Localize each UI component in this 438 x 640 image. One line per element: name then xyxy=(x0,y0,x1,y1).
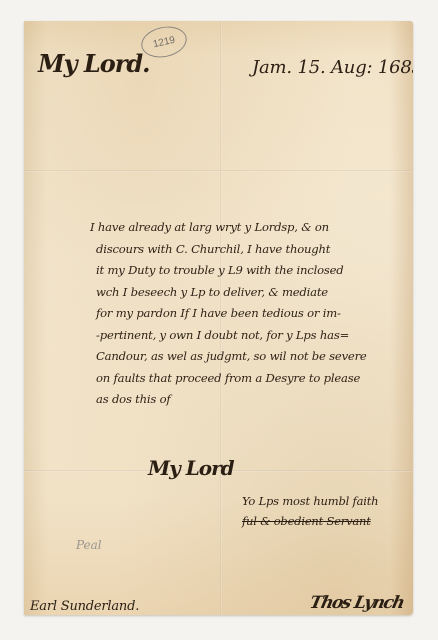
closing-salutation: My Lord xyxy=(148,456,234,480)
archive-number: 1219 xyxy=(152,34,176,49)
body-line: on faults that proceed from a Desyre to … xyxy=(90,368,410,390)
body-line: for my pardon If I have been tedious or … xyxy=(90,303,410,325)
letter-paper: My Lord. 1219 Jam. 15. Aug: 1683 I have … xyxy=(24,21,413,615)
salutation: My Lord. xyxy=(38,49,150,78)
body-line: Candour, as wel as judgmt, so wil not be… xyxy=(90,346,410,368)
valediction-line-2: ful & obedient Servant xyxy=(242,511,378,531)
pencil-annotation: Peal xyxy=(76,538,102,552)
body-line: -pertinent, y own I doubt not, for y Lps… xyxy=(90,325,410,347)
valediction: Yo Lps most humbl faith ful & obedient S… xyxy=(242,491,378,531)
body-line: discours with C. Churchil, I have though… xyxy=(90,239,410,261)
letter-date: Jam. 15. Aug: 1683 xyxy=(252,57,413,78)
photo-stage: My Lord. 1219 Jam. 15. Aug: 1683 I have … xyxy=(0,0,438,640)
letter-body: I have already at larg wryt y Lordsp, & … xyxy=(90,217,410,411)
body-line: I have already at larg wryt y Lordsp, & … xyxy=(90,217,410,239)
addressee: Earl Sunderland. xyxy=(30,599,139,614)
body-line: it my Duty to trouble y L9 with the incl… xyxy=(90,260,410,282)
horizontal-fold-line xyxy=(24,170,413,172)
signature: Thos Lynch xyxy=(308,593,405,613)
valediction-line-1: Yo Lps most humbl faith xyxy=(242,491,378,511)
body-line: wch I beseech y Lp to deliver, & mediate xyxy=(90,282,410,304)
body-line: as dos this of xyxy=(90,389,410,411)
